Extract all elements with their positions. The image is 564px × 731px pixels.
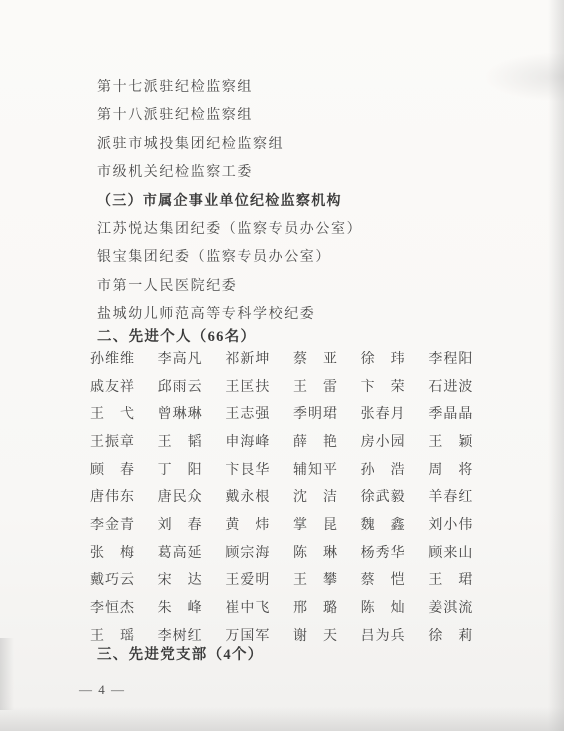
- person-name: 王振章: [90, 431, 158, 451]
- scan-shadow-right-edge: [548, 0, 564, 731]
- names-row: 戚友祥邱雨云王匡扶王 雷卞 荣石进波: [90, 372, 496, 400]
- org-list-enterprise: 江苏悦达集团纪委（监察专员办公室）银宝集团纪委（监察专员办公室）市第一人民医院纪…: [97, 216, 362, 330]
- person-name: 张 梅: [90, 542, 158, 562]
- person-name: 石进波: [428, 376, 496, 396]
- names-row: 张 梅葛高延顾宗海陈 琳杨秀华顾来山: [90, 538, 496, 566]
- person-name: 李金青: [90, 514, 158, 534]
- names-row: 孙维维李高凡祁新坤蔡 亚徐 玮李程阳: [90, 344, 496, 372]
- person-name: 周 将: [428, 459, 496, 479]
- document-page: 第十七派驻纪检监察组第十八派驻纪检监察组派驻市城投集团纪检监察组市级机关纪检监察…: [0, 0, 564, 731]
- person-name: 孙维维: [90, 348, 158, 368]
- person-name: 卞 荣: [361, 376, 429, 396]
- org-list-top: 第十七派驻纪检监察组第十八派驻纪检监察组派驻市城投集团纪检监察组市级机关纪检监察…: [97, 74, 362, 188]
- section-heading-advanced-party-branches: 三、先进党支部（4个）: [97, 641, 264, 669]
- person-name: 王 颖: [428, 431, 496, 451]
- page-number: — 4 —: [79, 676, 126, 704]
- person-name: 徐 玮: [361, 348, 429, 368]
- names-row: 戴巧云宋 达王爱明王 攀蔡 恺王 珺: [90, 566, 496, 594]
- person-name: 宋 达: [158, 569, 226, 589]
- person-name: 杨秀华: [361, 542, 429, 562]
- org-list-block: 第十七派驻纪检监察组第十八派驻纪检监察组派驻市城投集团纪检监察组市级机关纪检监察…: [97, 74, 362, 330]
- person-name: 王 韬: [158, 431, 226, 451]
- person-name: 唐民众: [158, 486, 226, 506]
- person-name: 丁 阳: [158, 459, 226, 479]
- person-name: 刘 春: [158, 514, 226, 534]
- person-name: 房小园: [361, 431, 429, 451]
- section-heading-enterprise-units: （三）市属企事业单位纪检监察机构: [97, 188, 362, 216]
- person-name: 陈 灿: [361, 597, 429, 617]
- person-name: 蔡 恺: [361, 569, 429, 589]
- person-name: 王爱明: [225, 569, 293, 589]
- person-name: 李恒杰: [90, 597, 158, 617]
- org-list-item: 市第一人民医院纪委: [97, 273, 362, 301]
- advanced-individuals-name-grid: 孙维维李高凡祁新坤蔡 亚徐 玮李程阳戚友祥邱雨云王匡扶王 雷卞 荣石进波王 弋曾…: [90, 344, 496, 649]
- names-row: 王振章王 韬申海峰薛 艳房小园王 颖: [90, 427, 496, 455]
- person-name: 黄 炜: [225, 514, 293, 534]
- person-name: 张春月: [361, 403, 429, 423]
- person-name: 掌 昆: [293, 514, 361, 534]
- scan-shadow-left-edge: [0, 638, 14, 710]
- org-list-item: 第十七派驻纪检监察组: [97, 74, 362, 102]
- person-name: 戴永根: [225, 486, 293, 506]
- person-name: 谢 天: [293, 625, 361, 645]
- person-name: 吕为兵: [361, 625, 429, 645]
- scan-shadow-bottom-edge: [0, 707, 564, 731]
- person-name: 徐 莉: [428, 625, 496, 645]
- names-row: 顾 春丁 阳卞艮华辅知平孙 浩周 将: [90, 455, 496, 483]
- person-name: 顾宗海: [225, 542, 293, 562]
- person-name: 魏 鑫: [361, 514, 429, 534]
- person-name: 羊春红: [428, 486, 496, 506]
- names-row: 李恒杰朱 峰崔中飞邢 璐陈 灿姜淇流: [90, 593, 496, 621]
- person-name: 薛 艳: [293, 431, 361, 451]
- person-name: 祁新坤: [225, 348, 293, 368]
- names-row: 唐伟东唐民众戴永根沈 洁徐武毅羊春红: [90, 482, 496, 510]
- org-list-item: 银宝集团纪委（监察专员办公室）: [97, 244, 362, 272]
- person-name: 徐武毅: [361, 486, 429, 506]
- person-name: 唐伟东: [90, 486, 158, 506]
- person-name: 邢 璐: [293, 597, 361, 617]
- names-row: 李金青刘 春黄 炜掌 昆魏 鑫刘小伟: [90, 510, 496, 538]
- person-name: 姜淇流: [428, 597, 496, 617]
- person-name: 戴巧云: [90, 569, 158, 589]
- person-name: 陈 琳: [293, 542, 361, 562]
- person-name: 王匡扶: [225, 376, 293, 396]
- person-name: 卞艮华: [225, 459, 293, 479]
- person-name: 王志强: [225, 403, 293, 423]
- person-name: 王 攀: [293, 569, 361, 589]
- person-name: 葛高延: [158, 542, 226, 562]
- person-name: 戚友祥: [90, 376, 158, 396]
- person-name: 李程阳: [428, 348, 496, 368]
- person-name: 沈 洁: [293, 486, 361, 506]
- person-name: 辅知平: [293, 459, 361, 479]
- person-name: 王 雷: [293, 376, 361, 396]
- person-name: 季明珺: [293, 403, 361, 423]
- person-name: 顾 春: [90, 459, 158, 479]
- person-name: 季晶晶: [428, 403, 496, 423]
- org-list-item: 江苏悦达集团纪委（监察专员办公室）: [97, 216, 362, 244]
- person-name: 崔中飞: [225, 597, 293, 617]
- org-list-item: 第十八派驻纪检监察组: [97, 102, 362, 130]
- org-list-item: 派驻市城投集团纪检监察组: [97, 131, 362, 159]
- person-name: 朱 峰: [158, 597, 226, 617]
- org-list-item: 市级机关纪检监察工委: [97, 159, 362, 187]
- person-name: 邱雨云: [158, 376, 226, 396]
- person-name: 蔡 亚: [293, 348, 361, 368]
- person-name: 顾来山: [428, 542, 496, 562]
- names-row: 王 弋曾琳琳王志强季明珺张春月季晶晶: [90, 399, 496, 427]
- person-name: 孙 浩: [361, 459, 429, 479]
- person-name: 王 珺: [428, 569, 496, 589]
- person-name: 申海峰: [225, 431, 293, 451]
- person-name: 李高凡: [158, 348, 226, 368]
- person-name: 曾琳琳: [158, 403, 226, 423]
- person-name: 王 弋: [90, 403, 158, 423]
- person-name: 刘小伟: [428, 514, 496, 534]
